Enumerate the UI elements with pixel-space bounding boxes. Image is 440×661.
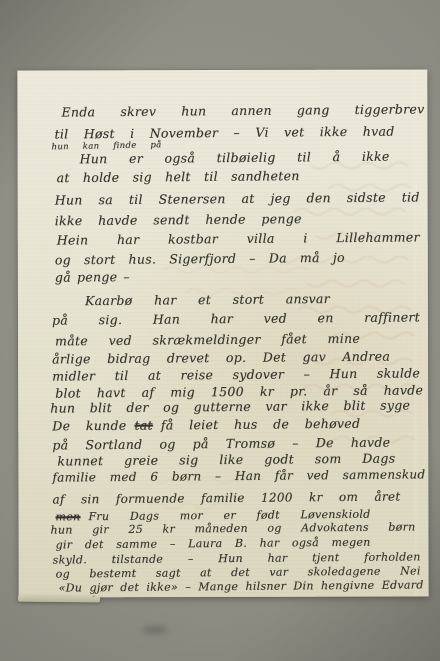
line-text: midler til at reise sydover – Hun skulde (52, 365, 420, 383)
line-text: få leiet hus de behøved (161, 416, 360, 433)
line-text: «Du gjør det ikke» – Mange hilsner Din h… (59, 578, 424, 597)
line-text: af sin formuende familie 1200 kr om året (52, 489, 400, 506)
line-text: Hun sa til Stenersen at jeg den sidste t… (55, 189, 420, 207)
handwriting-line: og stort hus. Sigerfjord – Da må jo (55, 251, 345, 268)
strikethrough-word: men (55, 510, 80, 523)
line-text: hun blit der og gutterne var ikke blit s… (50, 397, 410, 415)
handwriting-line: Enda skrev hun annen gang tiggerbrev (61, 102, 424, 120)
handwriting-line: til Høst i November – Vi vet ikke hvad (54, 125, 394, 142)
line-text: kunnet greie sig like godt som Dags (57, 451, 395, 469)
line-text: og stort hus. Sigerfjord – Da må jo (55, 250, 345, 268)
handwriting-line: ikke havde sendt hende penge (55, 212, 302, 229)
closing-signature-line: «Du gjør det ikke» – Mange hilsner Din h… (59, 579, 424, 597)
backdrop-smudge (142, 626, 168, 634)
line-text: at holde sig helt til sandheten (57, 168, 300, 185)
line-text: til Høst i November – Vi vet ikke hvad (54, 124, 394, 142)
handwriting-line: midler til at reise sydover – Hun skulde (52, 366, 420, 384)
line-text: på Sortland og på Tromsø – De havde (52, 435, 390, 453)
line-text: hun gir 25 kr måneden og Advokatens børn (50, 520, 415, 536)
line-text: familie med 6 børn – Han får ved sammens… (52, 467, 425, 484)
handwriting-line: De kundetatfå leiet hus de behøved (52, 417, 360, 434)
line-text: gå penge – (55, 269, 130, 285)
paper-bottom-fold-edge (18, 596, 100, 603)
handwriting-line: at holde sig helt til sandheten (57, 169, 300, 185)
strikethrough-word: tat (134, 418, 153, 433)
line-text: årlige bidrag drevet op. Det gav Andrea (52, 349, 390, 367)
handwriting-line: kunnet greie sig like godt som Dags (57, 452, 395, 469)
handwriting-line: Hein har kostbar villa i Lillehammer (57, 230, 420, 248)
handwriting-line: af sin formuende familie 1200 kr om året (52, 490, 400, 507)
handwriting-line: gir det samme – Laura B. har også megen (56, 537, 371, 552)
line-text: gir det samme – Laura B. har også megen (55, 536, 370, 552)
handwriting-line: årlige bidrag drevet op. Det gav Andrea (52, 350, 390, 367)
handwriting-line: på sig. Han har ved en raffinert (52, 310, 420, 328)
handwriting-line: familie med 6 børn – Han får ved sammens… (52, 468, 425, 485)
line-text: Hein har kostbar villa i Lillehammer (57, 229, 420, 247)
handwriting-line: måte ved skrækmeldinger fået mine (55, 332, 360, 349)
line-text: Kaarbø har et stort ansvar (85, 291, 330, 308)
letter-page: Enda skrev hun annen gang tiggerbrev til… (17, 69, 428, 597)
handwriting-line: gå penge – (55, 270, 130, 285)
line-text: måte ved skrækmeldinger fået mine (55, 331, 360, 349)
handwriting-line: Hun er også tilbøielig til å ikke (79, 150, 389, 167)
line-text: ikke havde sendt hende penge (55, 211, 302, 228)
line-text: Enda skrev hun annen gang tiggerbrev (61, 101, 424, 119)
line-text: De kunde (52, 418, 126, 434)
note-text: hun kan finde på (51, 140, 161, 152)
line-text: på sig. Han har ved en raffinert (52, 309, 420, 327)
handwriting-line: Hun sa til Stenersen at jeg den sidste t… (55, 190, 420, 208)
handwriting-line: hun blit der og gutterne var ikke blit s… (50, 398, 410, 416)
handwriting-line: Kaarbø har et stort ansvar (85, 292, 330, 309)
